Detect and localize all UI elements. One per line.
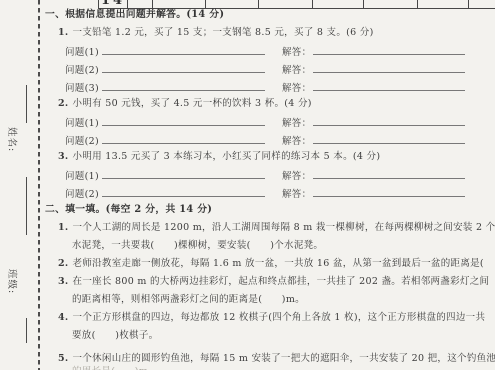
binding-dashed-line: [38, 0, 40, 370]
name-write-line[interactable]: [26, 85, 27, 123]
score-table-divider: [468, 0, 469, 8]
problem-text: 一个休闲山庄的圆形钓鱼池，每隔 15 m 安装了一把大的遮阳伞，一共安装了 20…: [73, 353, 495, 364]
answer-row: 问题(1)解答：: [65, 169, 465, 183]
problem-number: 1.: [58, 222, 69, 233]
answer-label: 解答：: [282, 171, 311, 182]
problem-text: 小明用 13.5 元买了 3 本练习本，小红买了同样的练习本 5 本。(4 分): [73, 151, 381, 162]
problem-text: 一个正方形棋盘的四边，每边都放 12 枚棋子(四个角上各放 1 枚)，这个正方形…: [73, 312, 486, 323]
problem-2-5: 5.一个休闲山庄的圆形钓鱼池，每隔 15 m 安装了一把大的遮阳伞，一共安装了 …: [58, 353, 495, 365]
answer-row: 问题(3)解答：: [65, 81, 465, 95]
problem-1-1: 1.一支铅笔 1.2 元，买了 15 支；一支钢笔 8.5 元，买了 8 支。(…: [58, 27, 374, 39]
problem-number: 4.: [58, 312, 69, 323]
class-write-line[interactable]: [26, 318, 27, 343]
problem-text: 在一座长 800 m 的大桥两边挂彩灯，起点和终点都挂，一共挂了 202 盏。若…: [73, 276, 490, 287]
problem-2-1-continued: 水泥凳，一共要栽( )棵柳树，要安装( )个水泥凳。: [72, 240, 323, 252]
question-blank[interactable]: [102, 63, 265, 73]
problem-number: 1.: [58, 27, 69, 38]
problem-2-3-continued: 的距离相等，则相邻两盏彩灯之间的距离是( )m。: [72, 294, 305, 306]
question-blank[interactable]: [102, 81, 265, 91]
score-table-divider: [152, 0, 153, 8]
problem-1-2: 2.小明有 50 元钱，买了 4.5 元一杯的饮料 3 杯。(4 分): [58, 98, 312, 110]
answer-label: 解答：: [282, 189, 311, 200]
question-label: 问题(1): [65, 171, 99, 182]
answer-blank[interactable]: [313, 81, 465, 91]
question-label: 问题(2): [65, 136, 99, 147]
problem-2-1: 1.一个人工湖的周长是 1200 m，沿人工湖周围每隔 8 m 栽一棵柳树，在每…: [58, 222, 495, 234]
score-table-divider: [312, 0, 313, 8]
answer-blank[interactable]: [313, 169, 465, 179]
answer-row: 问题(1)解答：: [65, 45, 465, 59]
problem-text: 小明有 50 元钱，买了 4.5 元一杯的饮料 3 杯。(4 分): [73, 98, 312, 109]
name-write-line[interactable]: [26, 177, 27, 235]
problem-2-2: 2.老师沿教室走廊一侧放花，每隔 1.6 m 放一盆，一共放 16 盆，从第一盆…: [58, 258, 495, 270]
score-table-divider: [417, 0, 418, 8]
question-blank[interactable]: [102, 169, 265, 179]
answer-label: 解答：: [282, 65, 311, 76]
question-label: 问题(2): [65, 189, 99, 200]
question-label: 问题(1): [65, 47, 99, 58]
score-table-divider: [363, 0, 364, 8]
score-table-divider: [98, 0, 99, 8]
answer-row: 问题(2)解答：: [65, 63, 465, 77]
problem-2-4-continued: 要放( )枚棋子。: [72, 330, 158, 342]
problem-2-4: 4.一个正方形棋盘的四边，每边都放 12 枚棋子(四个角上各放 1 枚)，这个正…: [58, 312, 485, 324]
score-table-divider: [205, 0, 206, 8]
question-blank[interactable]: [102, 116, 265, 126]
answer-blank[interactable]: [313, 134, 465, 144]
answer-label: 解答：: [282, 47, 311, 58]
problem-text: 老师沿教室走廊一侧放花，每隔 1.6 m 放一盆，一共放 16 盆，从第一盆到最…: [73, 258, 495, 269]
problem-2-3: 3.在一座长 800 m 的大桥两边挂彩灯，起点和终点都挂，一共挂了 202 盏…: [58, 276, 489, 288]
answer-row: 问题(2)解答：: [65, 187, 465, 201]
problem-text: 一支铅笔 1.2 元，买了 15 支；一支钢笔 8.5 元，买了 8 支。(6 …: [73, 27, 374, 38]
problem-1-3: 3.小明用 13.5 元买了 3 本练习本，小红买了同样的练习本 5 本。(4 …: [58, 151, 380, 163]
section1-title: 一、根据信息提出问题并解答。(14 分): [45, 9, 224, 21]
score-table-divider: [258, 0, 259, 8]
question-label: 问题(1): [65, 118, 99, 129]
answer-blank[interactable]: [313, 187, 465, 197]
problem-number: 2.: [58, 258, 69, 269]
answer-row: 问题(1)解答：: [65, 116, 465, 130]
problem-number: 3.: [58, 151, 69, 162]
answer-label: 解答：: [282, 136, 311, 147]
question-label: 问题(2): [65, 65, 99, 76]
answer-blank[interactable]: [313, 63, 465, 73]
section2-title: 二、填一填。(每空 2 分，共 14 分): [45, 204, 212, 216]
problem-number: 5.: [58, 353, 69, 364]
answer-label: 解答：: [282, 83, 311, 94]
problem-text: 一个人工湖的周长是 1200 m，沿人工湖周围每隔 8 m 栽一棵柳树，在每两棵…: [73, 222, 495, 233]
class-label: 班级:: [8, 269, 20, 315]
problem-number: 3.: [58, 276, 69, 287]
answer-row: 问题(2)解答：: [65, 134, 465, 148]
question-blank[interactable]: [102, 134, 265, 144]
answer-label: 解答：: [282, 118, 311, 129]
answer-blank[interactable]: [313, 45, 465, 55]
question-blank[interactable]: [102, 45, 265, 55]
answer-blank[interactable]: [313, 116, 465, 126]
score-table-partial-text: 14 94: [101, 0, 149, 8]
question-blank[interactable]: [102, 187, 265, 197]
worksheet-page: 14 94 姓名: 班级: 一、根据信息提出问题并解答。(14 分) 1.一支铅…: [0, 0, 495, 370]
name-label: 姓名:: [8, 127, 20, 173]
question-label: 问题(3): [65, 83, 99, 94]
problem-number: 2.: [58, 98, 69, 109]
problem-2-5-continued-cutoff: 的周长是( )m。: [72, 366, 158, 370]
